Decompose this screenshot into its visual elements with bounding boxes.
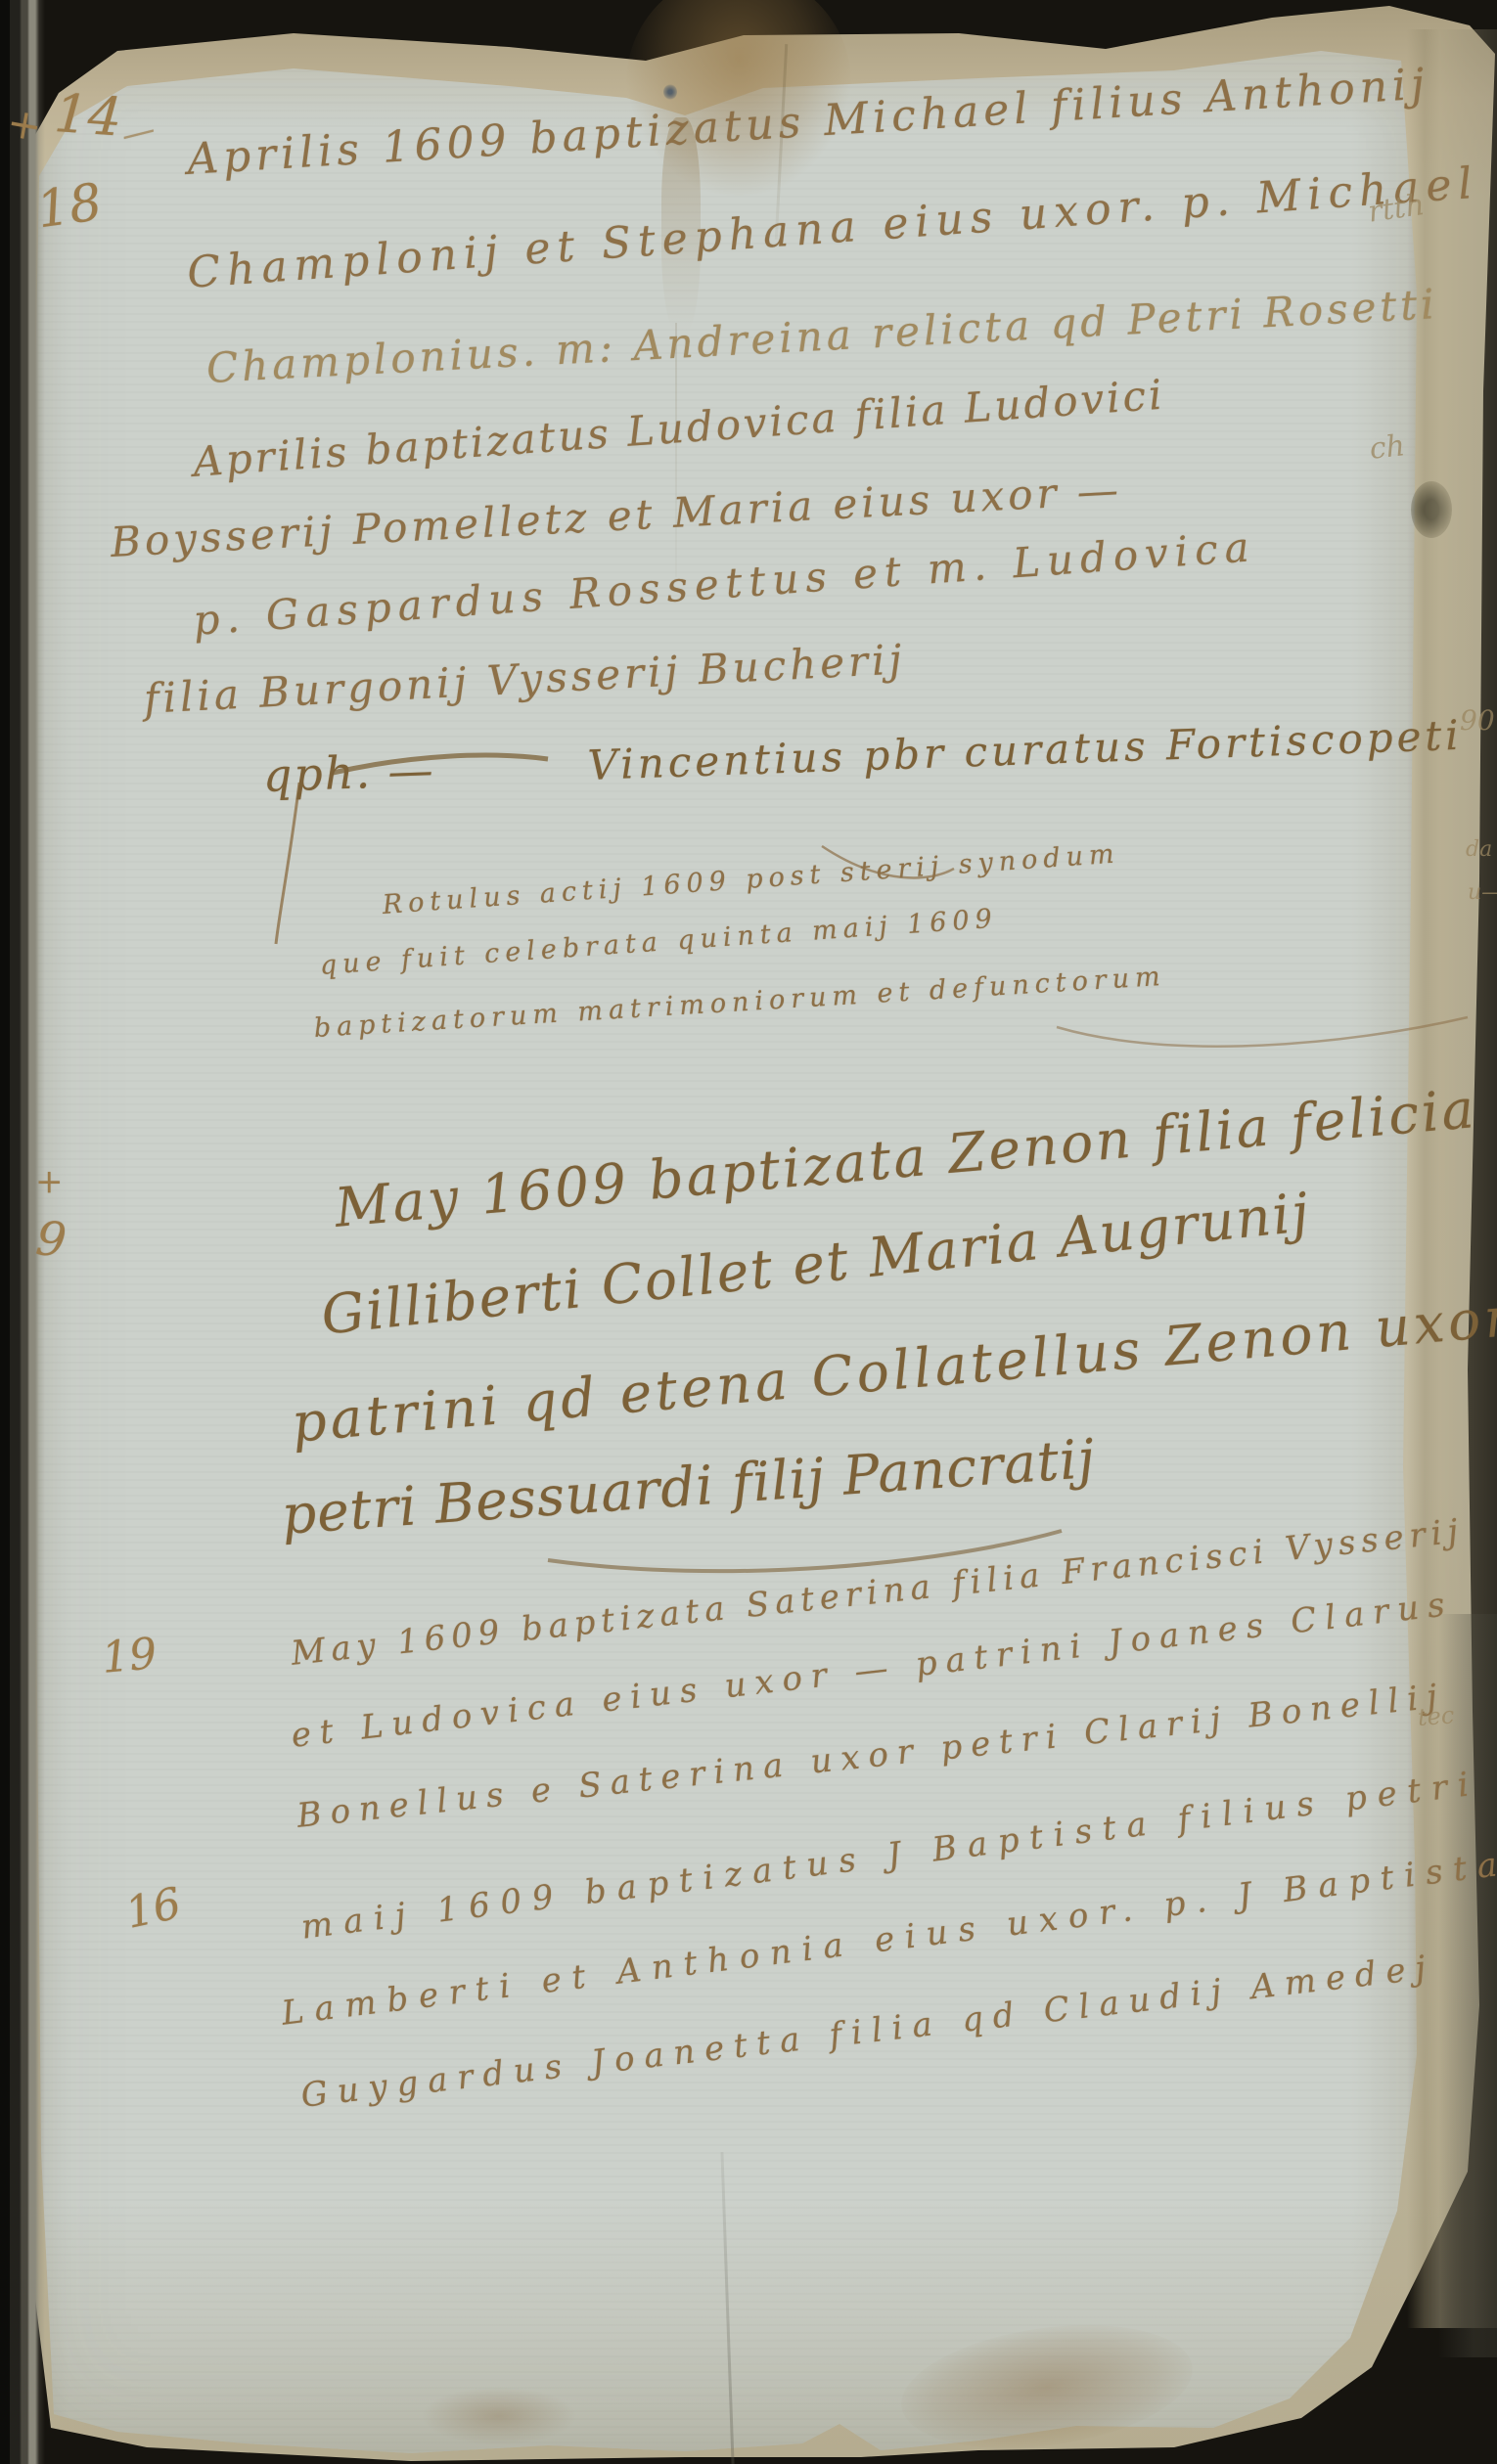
edge-fragment-2: ch — [1368, 428, 1407, 467]
edge-fragment-5: u— — [1468, 880, 1497, 905]
margin-cross-may: + — [35, 1162, 64, 1201]
edge-fragment-4: da — [1466, 837, 1492, 862]
margin-day-14: 14 — [53, 82, 124, 149]
subscription-flourish: qph. — — [262, 747, 435, 798]
manuscript-photo: 14 + — 18 + 9 19 16 Aprilis 1609 baptiza… — [0, 0, 1497, 2464]
margin-day-18: 18 — [33, 173, 106, 241]
margin-day-9: 9 — [33, 1211, 68, 1269]
margin-day-19: 19 — [100, 1629, 159, 1683]
edge-fragment-6: tec — [1417, 1701, 1455, 1731]
edge-fragment-3: 90 — [1460, 704, 1495, 737]
